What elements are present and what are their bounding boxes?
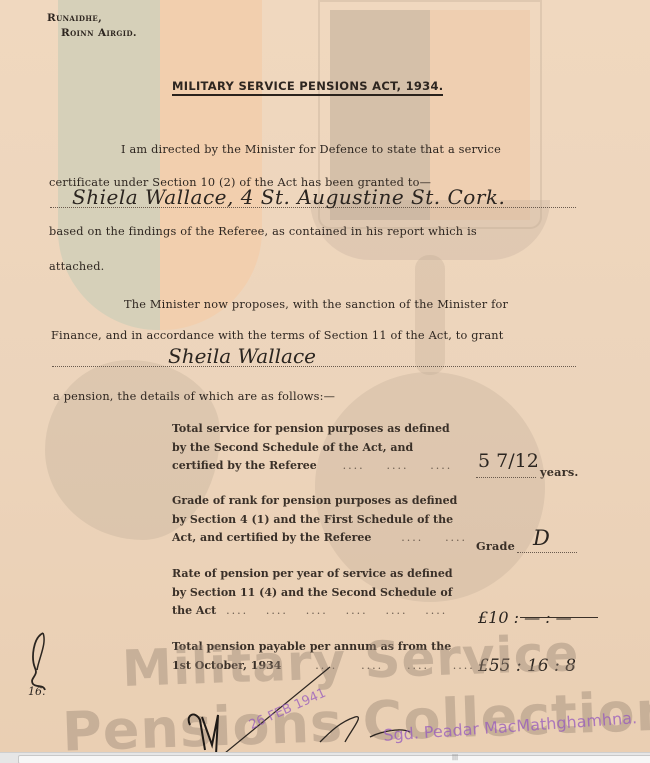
grade-line-1: Grade of rank for pension purposes as de… <box>172 492 467 511</box>
header-line-2: Roinn Airgid. <box>47 26 137 41</box>
schedule-item-rate: Rate of pension per year of service as d… <box>172 565 453 621</box>
ribbon-orange-stripe <box>160 0 262 330</box>
document-title: MILITARY SERVICE PENSIONS ACT, 1934. <box>172 79 443 96</box>
document-page: Runaidhe, Roinn Airgid. MILITARY SERVICE… <box>0 0 650 752</box>
handwritten-service-years: 5 7/12 <box>478 450 539 472</box>
rate-dash-line <box>520 617 598 618</box>
horizontal-scrollbar[interactable]: ||| <box>0 752 650 763</box>
rate-line-3: the Act .... .... .... .... .... .... <box>172 602 453 621</box>
para2-line2: Finance, and in accordance with the term… <box>51 329 504 342</box>
service-dotted-line <box>476 477 536 478</box>
para1-line1: I am directed by the Minister for Defenc… <box>121 143 501 156</box>
service-line-1: Total service for pension purposes as de… <box>172 420 452 439</box>
rate-line-2: by Section 11 (4) and the Second Schedul… <box>172 584 453 603</box>
handwritten-name: Sheila Wallace <box>168 344 316 368</box>
handwritten-grantee: Shiela Wallace, 4 St. Augustine St. Cork… <box>72 185 505 209</box>
para1-line3: based on the findings of the Referee, as… <box>49 225 477 238</box>
schedule-item-grade: Grade of rank for pension purposes as de… <box>172 492 467 548</box>
grade-label: Grade <box>476 540 515 553</box>
service-line-3: certified by the Referee .... .... .... <box>172 457 452 476</box>
para2-line1: The Minister now proposes, with the sanc… <box>124 298 508 311</box>
medal-stem-icon <box>415 255 445 375</box>
header-line-1: Runaidhe, <box>47 11 137 26</box>
rate-line-1: Rate of pension per year of service as d… <box>172 565 453 584</box>
para1-line4: attached. <box>49 260 104 273</box>
ribbon-background-left <box>58 0 262 330</box>
ribbon-green-stripe <box>58 0 160 330</box>
grade-dotted-line <box>517 552 577 553</box>
handwritten-grade: D <box>533 526 550 550</box>
years-label: years. <box>540 466 579 479</box>
scrollbar-grip-icon[interactable]: ||| <box>452 755 458 761</box>
service-line-2: by the Second Schedule of the Act, and <box>172 439 452 458</box>
scrollbar-thumb[interactable] <box>18 755 650 763</box>
para2-line3: a pension, the details of which are as f… <box>53 390 335 403</box>
schedule-item-service: Total service for pension purposes as de… <box>172 420 452 476</box>
department-header: Runaidhe, Roinn Airgid. <box>47 11 137 41</box>
grade-line-3: Act, and certified by the Referee .... .… <box>172 529 467 548</box>
margin-annotation: 16. <box>28 685 46 698</box>
grade-line-2: by Section 4 (1) and the First Schedule … <box>172 511 467 530</box>
